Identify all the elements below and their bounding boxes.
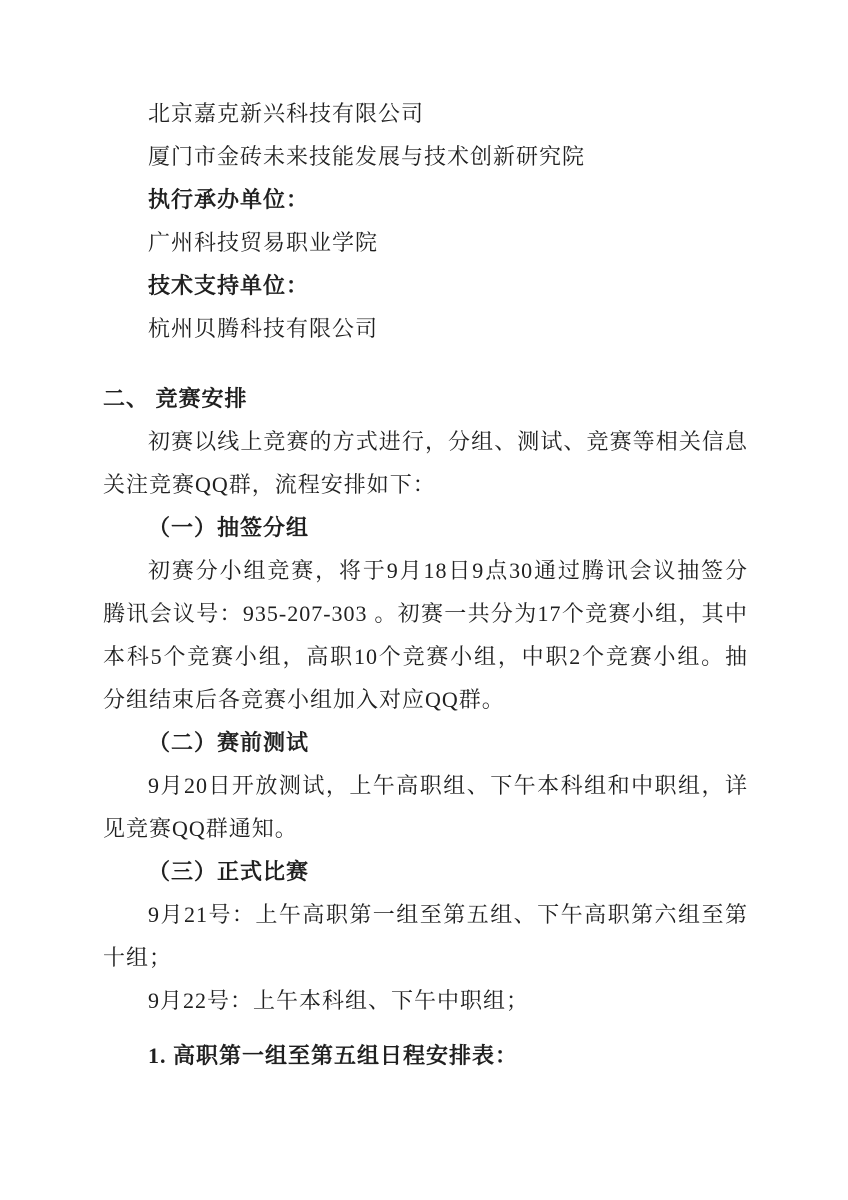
executing-organizer-label: 执行承办单位：: [103, 178, 748, 221]
section-heading-competition-arrangement: 二、 竞赛安排: [103, 377, 748, 420]
formal-competition-schedule-line: 十组；: [103, 936, 748, 979]
subsection-heading-formal-competition: （三）正式比赛: [103, 850, 748, 893]
pretest-paragraph-line: 见竞赛QQ群通知。: [103, 807, 748, 850]
schedule-table-heading: 1. 高职第一组至第五组日程安排表：: [103, 1034, 748, 1077]
intro-paragraph-line: 关注竞赛QQ群，流程安排如下：: [103, 463, 748, 506]
subsection-heading-draw-grouping: （一）抽签分组: [103, 506, 748, 549]
subsection-heading-pretest: （二）赛前测试: [103, 721, 748, 764]
formal-competition-schedule-line: 9月21号：上午高职第一组至第五组、下午高职第六组至第: [103, 893, 748, 936]
draw-grouping-paragraph-line: 腾讯会议号：935-207-303 。初赛一共分为17个竞赛小组，其中: [103, 592, 748, 635]
pretest-paragraph-line: 9月20日开放测试，上午高职组、下午本科组和中职组，详: [103, 764, 748, 807]
organizer-name-line: 北京嘉克新兴科技有限公司: [103, 92, 748, 135]
formal-competition-schedule-line: 9月22号：上午本科组、下午中职组；: [103, 979, 748, 1022]
draw-grouping-paragraph-line: 本科5个竞赛小组，高职10个竞赛小组，中职2个竞赛小组。抽签: [103, 635, 748, 678]
draw-grouping-paragraph-line: 初赛分小组竞赛，将于9月18日9点30通过腾讯会议抽签分组，: [103, 549, 748, 592]
executing-organizer-name: 广州科技贸易职业学院: [103, 221, 748, 264]
technical-support-label: 技术支持单位：: [103, 264, 748, 307]
intro-paragraph-line: 初赛以线上竞赛的方式进行，分组、测试、竞赛等相关信息: [103, 420, 748, 463]
organizer-name-line: 厦门市金砖未来技能发展与技术创新研究院: [103, 135, 748, 178]
document-page: 北京嘉克新兴科技有限公司 厦门市金砖未来技能发展与技术创新研究院 执行承办单位：…: [0, 0, 848, 1200]
document-content: 北京嘉克新兴科技有限公司 厦门市金砖未来技能发展与技术创新研究院 执行承办单位：…: [103, 92, 748, 1077]
technical-support-name: 杭州贝腾科技有限公司: [103, 307, 748, 350]
draw-grouping-paragraph-line: 分组结束后各竞赛小组加入对应QQ群。: [103, 678, 748, 721]
